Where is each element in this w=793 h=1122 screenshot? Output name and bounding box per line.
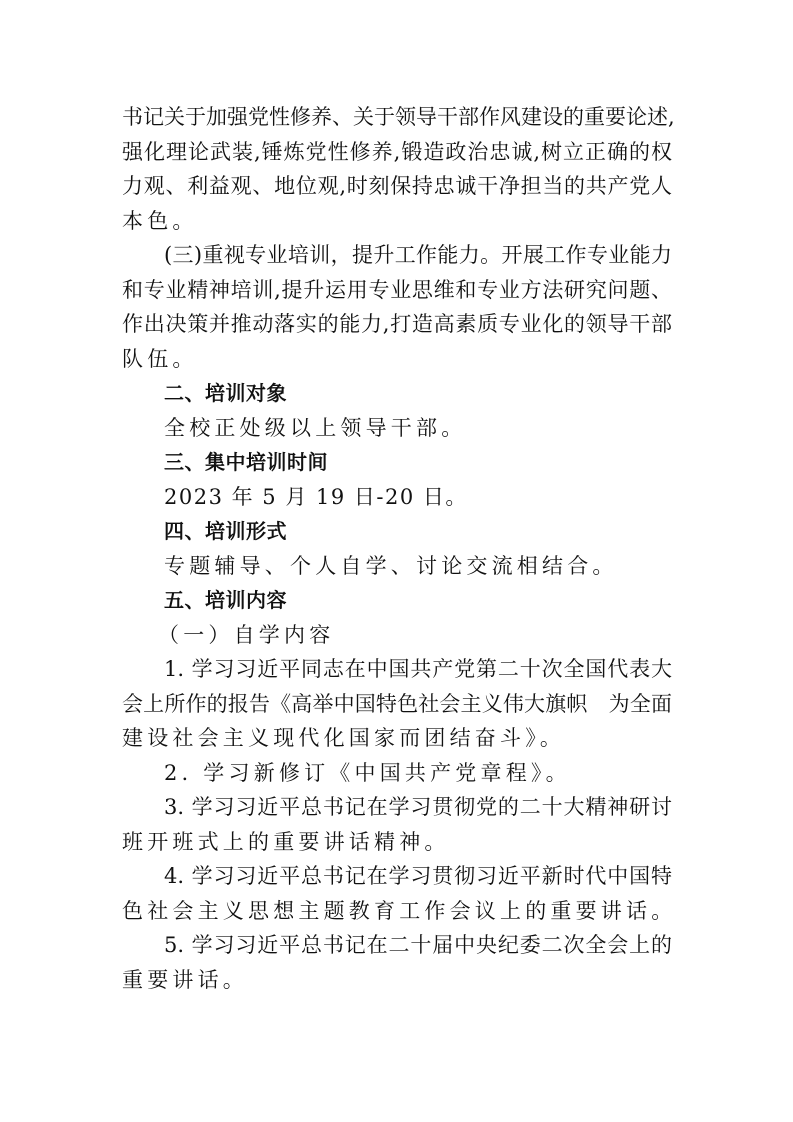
content-item-5: 5. 学习习近平总书记在二十届中央纪委二次全会上的 重要讲话。	[122, 928, 674, 997]
text-line: 队伍。	[122, 342, 674, 377]
training-format-body: 专题辅导、个人自学、讨论交流相结合。	[122, 549, 674, 584]
section-heading-training-targets: 二、培训对象	[122, 376, 674, 411]
text-line: 1. 学习习近平同志在中国共产党第二十次全国代表大	[122, 652, 672, 687]
self-study-subheading: （一）自学内容	[122, 618, 674, 653]
text-line: 力观、利益观、地位观,时刻保持忠诚干净担当的共产党人	[122, 169, 672, 204]
text-line: 书记关于加强党性修养、关于领导干部作风建设的重要论述,	[122, 100, 672, 135]
text-line: 班开班式上的重要讲话精神。	[122, 825, 674, 860]
training-targets-body: 全校正处级以上领导干部。	[122, 411, 674, 446]
content-item-2: 2. 学习新修订《中国共产党章程》。	[122, 756, 674, 791]
text-line: 作出决策并推动落实的能力,打造高素质专业化的领导干部	[122, 307, 672, 342]
intro-continuation-paragraph: 书记关于加强党性修养、关于领导干部作风建设的重要论述, 强化理论武装,锤炼党性修…	[122, 100, 674, 238]
section-heading-training-format: 四、培训形式	[122, 514, 674, 549]
text-line: 色社会主义思想主题教育工作会议上的重要讲话。	[122, 894, 674, 929]
content-item-4: 4. 学习习近平总书记在学习贯彻习近平新时代中国特 色社会主义思想主题教育工作会…	[122, 859, 674, 928]
text-line: 重要讲话。	[122, 963, 674, 998]
text-line: 和专业精神培训,提升运用专业思维和专业方法研究问题、	[122, 273, 672, 308]
text-line: 建设社会主义现代化国家而团结奋斗》。	[122, 721, 674, 756]
text-line: 2. 学习新修订《中国共产党章程》。	[122, 756, 674, 791]
training-time-body: 2023 年 5 月 19 日-20 日。	[122, 480, 674, 515]
document-page: 书记关于加强党性修养、关于领导干部作风建设的重要论述, 强化理论武装,锤炼党性修…	[122, 100, 674, 997]
text-line: 会上所作的报告《高举中国特色社会主义伟大旗帜 为全面	[122, 687, 672, 722]
text-line: (三)重视专业培训，提升工作能力。开展工作专业能力	[122, 238, 672, 273]
text-line: 强化理论武装,锤炼党性修养,锻造政治忠诚,树立正确的权	[122, 135, 672, 170]
content-item-3: 3. 学习习近平总书记在学习贯彻党的二十大精神研讨 班开班式上的重要讲话精神。	[122, 790, 674, 859]
section-heading-training-content: 五、培训内容	[122, 583, 674, 618]
text-line: 4. 学习习近平总书记在学习贯彻习近平新时代中国特	[122, 859, 672, 894]
item-three-paragraph: (三)重视专业培训，提升工作能力。开展工作专业能力 和专业精神培训,提升运用专业…	[122, 238, 674, 376]
text-line: 3. 学习习近平总书记在学习贯彻党的二十大精神研讨	[122, 790, 672, 825]
text-line: 本色。	[122, 204, 674, 239]
section-heading-training-time: 三、集中培训时间	[122, 445, 674, 480]
content-item-1: 1. 学习习近平同志在中国共产党第二十次全国代表大 会上所作的报告《高举中国特色…	[122, 652, 674, 756]
text-line: 5. 学习习近平总书记在二十届中央纪委二次全会上的	[122, 928, 672, 963]
